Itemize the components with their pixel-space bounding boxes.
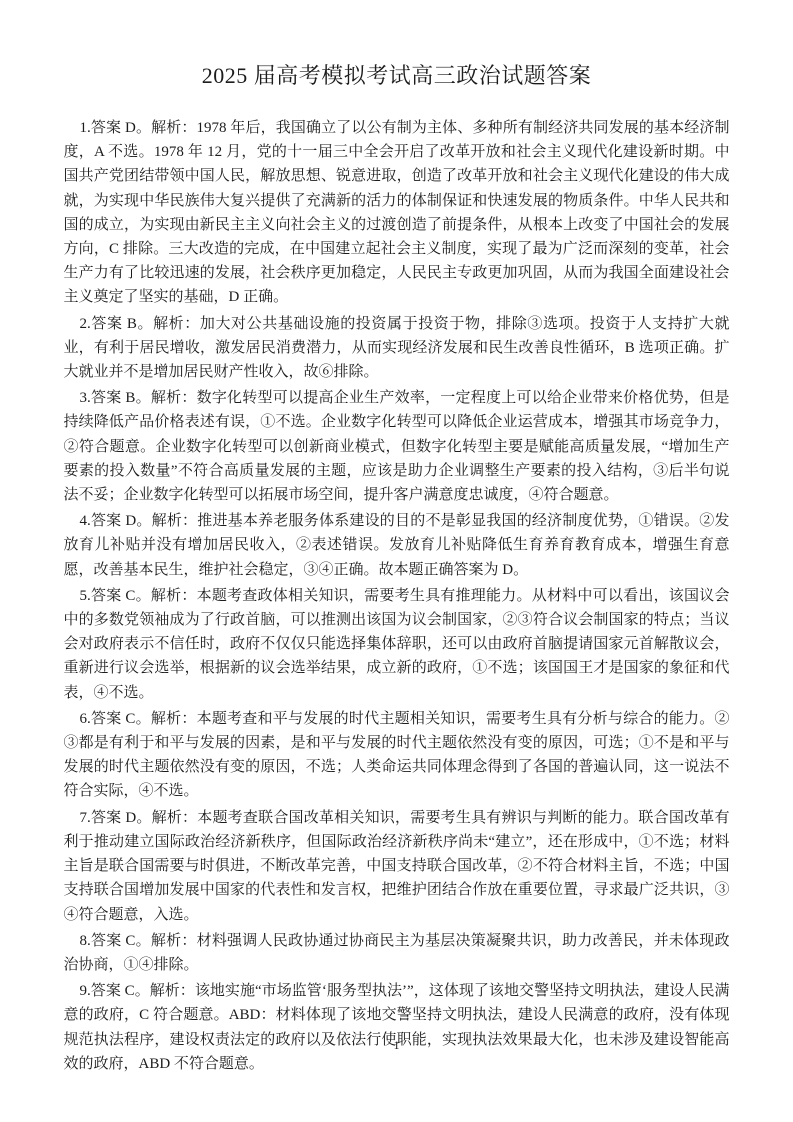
page-title: 2025 届高考模拟考试高三政治试题答案 [0,0,793,92]
answer-item-8: 8.答案 C。解析：材料强调人民政协通过协商民主为基层决策凝聚共识，助力改善民，… [64,929,730,977]
answer-item-1: 1.答案 D。解析：1978 年后，我国确立了以公有制为主体、多种所有制经济共同… [64,116,730,310]
page-number-footer: 1 [0,1038,793,1053]
answer-item-9: 9.答案 C。解析：该地实施“市场监管‘服务型执法’”，这体现了该地交警坚持文明… [64,979,730,1076]
answer-key-body: 1.答案 D。解析：1978 年后，我国确立了以公有制为主体、多种所有制经济共同… [64,116,730,1076]
answer-item-2: 2.答案 B。解析：加大对公共基础设施的投资属于投资于物，排除③选项。投资于人支… [64,312,730,385]
answer-item-6: 6.答案 C。解析：本题考查和平与发展的时代主题相关知识，需要考生具有分析与综合… [64,707,730,804]
document-page: 2025 届高考模拟考试高三政治试题答案 1.答案 D。解析：1978 年后，我… [0,0,793,1122]
answer-item-3: 3.答案 B。解析：数字化转型可以提高企业生产效率，一定程度上可以给企业带来价格… [64,386,730,507]
answer-item-5: 5.答案 C。解析：本题考查政体相关知识，需要考生具有推理能力。从材料中可以看出… [64,584,730,705]
answer-item-4: 4.答案 D。解析：推进基本养老服务体系建设的目的不是彰显我国的经济制度优势，①… [64,509,730,582]
answer-item-7: 7.答案 D。解析：本题考查联合国改革相关知识，需要考生具有辨识与判断的能力。联… [64,806,730,927]
